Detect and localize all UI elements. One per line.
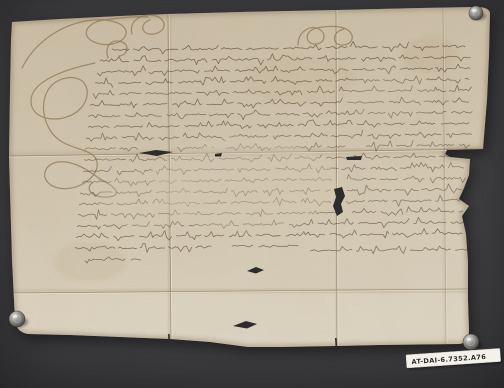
faded-area <box>344 69 436 121</box>
archive-label: AT-DAI-6.7352.A76 <box>406 348 502 370</box>
fold-crease <box>443 8 447 344</box>
faded-area <box>98 170 202 230</box>
archive-photo-background: AT-DAI-6.7352.A76 <box>0 0 504 388</box>
pin-bottom-right <box>463 334 482 350</box>
stain <box>402 37 458 73</box>
fold-crease <box>336 10 338 346</box>
manuscript-scene: AT-DAI-6.7352.A76 <box>0 0 504 388</box>
